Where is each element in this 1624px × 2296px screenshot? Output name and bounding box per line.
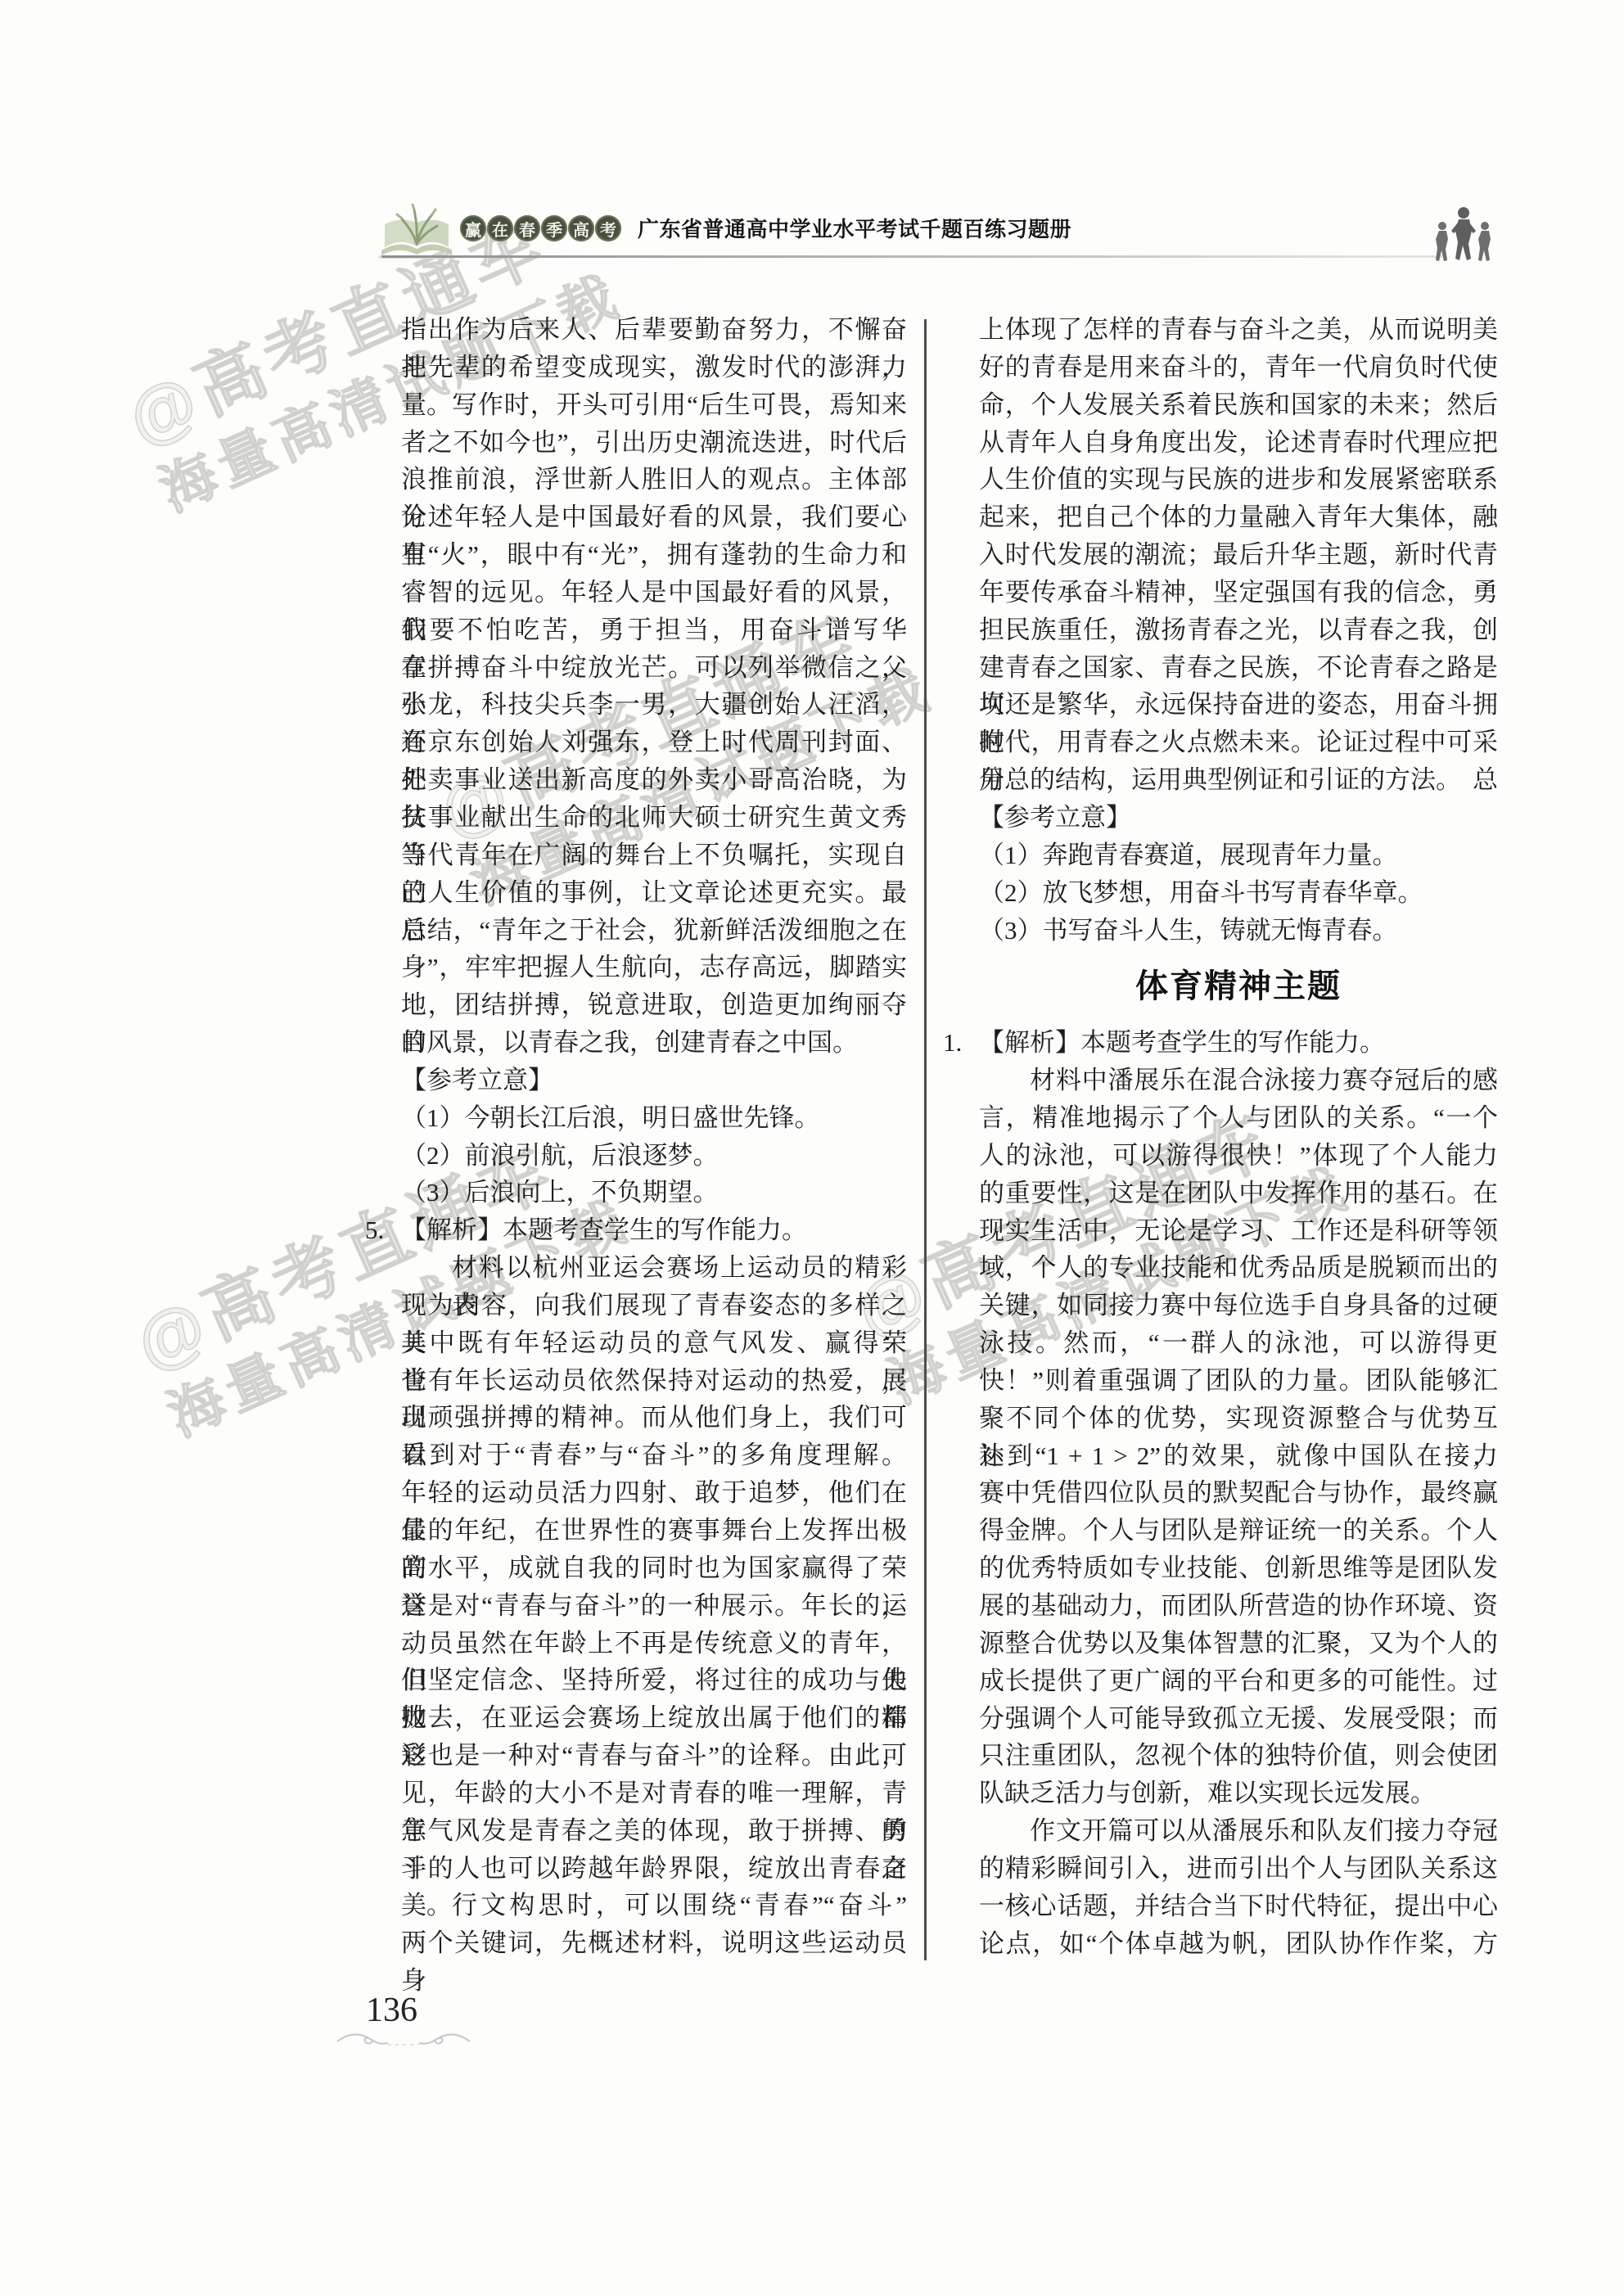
text-line: 佳的年纪，在世界性的赛事舞台上发挥出极高 (401, 1512, 907, 1549)
text-line: 展的基础动力，而团队所营造的协作环境、资 (979, 1587, 1498, 1625)
text-line: 小龙，科技尖兵李一男，大疆创始人汪滔，还 (401, 686, 907, 724)
text-line: 者之不如今也”，引出历史潮流迭进，时代后 (401, 424, 907, 462)
text-line: （1）奔跑青春赛道，展现青年力量。 (979, 837, 1498, 874)
text-line: 见，年龄的大小不是对青春的唯一理解，青年的 (401, 1775, 907, 1812)
text-line: 快！”则着重强调了团队的力量。团队能够汇 (979, 1362, 1498, 1400)
text-line: 上体现了怎样的青春与奋斗之美，从而说明美 (979, 311, 1498, 349)
text-line: 聚不同个体的优势，实现资源整合与优势互补， (979, 1400, 1498, 1437)
text-line: 总结，“青年之于社会，犹新鲜活泼细胞之在 (401, 912, 907, 950)
brand-badge-char: 季 (541, 215, 567, 241)
text-line: 有京东创始人刘强东，登上时代周刊封面、把 (401, 724, 907, 761)
text-line: 【参考立意】 (401, 1062, 907, 1099)
text-line: 动员虽然在年龄上不再是传统意义的青年，但他 (401, 1625, 907, 1662)
left-column: 指出作为后来人、后辈要勤奋努力，不懈奋斗，把先辈的希望变成现实，激发时代的澎湃力… (401, 311, 907, 1962)
text-line: 建青春之国家、青春之民族，不论青春之路是坎 (979, 649, 1498, 687)
text-line: （2）放飞梦想，用奋斗书写青春华章。 (979, 874, 1498, 912)
text-line: 写作时，开头可引用“后生可畏，焉知来 (401, 386, 907, 424)
text-line: 这是对“青春与奋斗”的一种展示。年长的运 (401, 1587, 907, 1625)
text-line: 斗的人也可以跨越年龄界限，绽放出青春之美。 (401, 1850, 907, 1888)
text-line: 关键，如同接力赛中每位选手自身具备的过硬 (979, 1287, 1498, 1324)
text-line: 【参考立意】 (979, 799, 1498, 837)
text-line: 地，团结拼搏，锐意进取，创造更加绚丽夺目 (401, 986, 907, 1024)
text-line: 材料中潘展乐在混合泳接力赛夺冠后的感 (979, 1062, 1498, 1099)
text-line: 赛中凭借四位队员的默契配合与协作，最终赢 (979, 1474, 1498, 1512)
brand-badge-char: 考 (595, 215, 621, 241)
text-line: 睿智的远见。年轻人是中国最好看的风景，我 (401, 574, 907, 611)
brand-badge: 赢 在 春 季 高 考 (460, 215, 621, 243)
text-line: 现实生活中，无论是学习、工作还是科研等领 (979, 1212, 1498, 1250)
text-line: 人的泳池，可以游得很快！”体现了个人能力 (979, 1137, 1498, 1175)
text-line: 时代，用青春之火点燃未来。论证过程中可采用总 (979, 724, 1498, 761)
text-line: 的优秀特质如专业技能、创新思维等是团队发 (979, 1549, 1498, 1587)
text-line: 论点，如“个体卓越为帆，团队协作作桨，方 (979, 1925, 1498, 1963)
text-line: 其中既有年轻运动员的意气风发、赢得荣誉， (401, 1324, 907, 1362)
list-number: 5. (365, 1211, 398, 1249)
brand-badge-char: 高 (568, 215, 594, 241)
text-line: 作文开篇可以从潘展乐和队友们接力夺冠 (979, 1812, 1498, 1850)
text-line: 分总的结构，运用典型例证和引证的方法。 (979, 761, 1498, 799)
text-line: （3）后浪向上，不负期望。 (401, 1174, 907, 1211)
text-line: 队缺乏活力与创新，难以实现长远发展。 (979, 1775, 1498, 1812)
text-line: 两个关键词，先概述材料，说明这些运动员身 (401, 1924, 907, 1962)
page-number: 136 (366, 1991, 417, 2030)
text-line: （3）书写奋斗人生，铸就无悔青春。 (979, 912, 1498, 950)
running-people-icon (1432, 205, 1496, 265)
text-line: 从青年人自身角度出发，论述青春时代理应把 (979, 424, 1498, 462)
text-line: 现为内容，向我们展现了青春姿态的多样之美： (401, 1287, 907, 1324)
text-line: 得金牌。个人与团队是辩证统一的关系。个人 (979, 1512, 1498, 1549)
text-line: 抛去，在亚运会赛场上绽放出属于他们的精彩， (401, 1699, 907, 1737)
text-line: 年要传承奋斗精神，坚定强国有我的信念，勇 (979, 574, 1498, 611)
text-line: 身”，牢牢把握人生航向，志存高远，脚踏实 (401, 949, 907, 986)
text-line: 5.【解析】本题考查学生的写作能力。 (401, 1211, 907, 1249)
text-line: 出顽强拼搏的精神。而从他们身上，我们可以 (401, 1399, 907, 1437)
text-line: 一核心话题，并结合当下时代特征，提出中心 (979, 1888, 1498, 1925)
text-line: 分强调个人可能导致孤立无援、发展受限；而 (979, 1700, 1498, 1738)
header-title: 广东省普通高中学业水平考试千题百练习题册 (638, 214, 1071, 245)
text-line: 的水平，成就自我的同时也为国家赢得了荣誉， (401, 1549, 907, 1587)
text-line: 域，个人的专业技能和优秀品质是脱颖而出的 (979, 1249, 1498, 1287)
brand-badge-char: 赢 (460, 215, 486, 241)
right-column: 上体现了怎样的青春与奋斗之美，从而说明美好的青春是用来奋斗的，青年一代肩负时代使… (979, 311, 1498, 1962)
text-line: 浪推前浪，浮世新人胜旧人的观点。主体部分 (401, 461, 907, 498)
text-line: 言，精准地揭示了个人与团队的关系。“一个 (979, 1099, 1498, 1137)
text-line: 坷还是繁华，永远保持奋进的姿态，用奋斗拥抱 (979, 686, 1498, 724)
text-line: （1）今朝长江后浪，明日盛世先锋。 (401, 1099, 907, 1137)
footer-flourish (334, 2028, 473, 2053)
text-line: 入时代发展的潮流；最后升华主题，新时代青 (979, 536, 1498, 574)
brand-badge-char: 春 (514, 215, 540, 241)
text-line: 担民族重任，激扬青春之光，以青春之我，创 (979, 611, 1498, 649)
text-line: 当代青年在广阔的舞台上不负嘱托，实现自己 (401, 837, 907, 874)
text-line: 外卖事业送出新高度的外卖小哥高治晓，为扶 (401, 761, 907, 799)
text-line: 意气风发是青春之美的体现，敢于拼搏、勇于奋 (401, 1812, 907, 1850)
text-line: 人生价值的实现与民族的进步和发展紧密联系 (979, 461, 1498, 498)
text-line: 1.【解析】本题考查学生的写作能力。 (979, 1024, 1498, 1062)
text-line: 论述年轻人是中国最好看的风景，我们要心里 (401, 498, 907, 536)
text-line: 行文构思时，可以围绕“青春”“奋斗” (401, 1887, 907, 1924)
text-line: 的人生价值的事例，让文章论述更充实。最后 (401, 874, 907, 912)
list-number: 1. (943, 1024, 976, 1062)
text-line: 命，个人发展关系着民族和国家的未来；然后 (979, 386, 1498, 424)
text-line: 有“火”，眼中有“光”，拥有蓬勃的生命力和 (401, 536, 907, 574)
text-line: 泳技。然而，“一群人的泳池，可以游得更 (979, 1324, 1498, 1362)
text-line: 也有年长运动员依然保持对运动的热爱，展现 (401, 1362, 907, 1400)
text-line: 的重要性，这是在团队中发挥作用的基石。在 (979, 1175, 1498, 1212)
scanned-workbook-page: @高考直通车 海量高清试题下载 @高考直通车 海量高清试题下载 @高考直通车 海… (0, 0, 1624, 2296)
text-line: 好的青春是用来奋斗的，青年一代肩负时代使 (979, 349, 1498, 386)
text-line: 看到对于“青春”与“奋斗”的多角度理解。 (401, 1437, 907, 1474)
text-line: 贫事业献出生命的北师大硕士研究生黄文秀等 (401, 799, 907, 837)
text-line: 在拼搏奋斗中绽放光芒。可以列举微信之父张 (401, 649, 907, 687)
text-line: （2）前浪引航，后浪逐梦。 (401, 1137, 907, 1175)
text-line: 起来，把自己个体的力量融入青年大集体，融 (979, 498, 1498, 536)
text-line: 的风景，以青春之我，创建青春之中国。 (401, 1024, 907, 1062)
text-line: 材料以杭州亚运会赛场上运动员的精彩表 (401, 1249, 907, 1287)
text-line: 们坚定信念、坚持所爱，将过往的成功与失败都 (401, 1662, 907, 1699)
text-line: 年轻的运动员活力四射、敢于追梦，他们在最 (401, 1474, 907, 1512)
text-line: 的精彩瞬间引入，进而引出个人与团队关系这 (979, 1850, 1498, 1888)
text-line: 把先辈的希望变成现实，激发时代的澎湃力量。 (401, 349, 907, 386)
text-line: 成长提供了更广阔的平台和更多的可能性。过 (979, 1662, 1498, 1700)
text-line: 这也是一种对“青春与奋斗”的诠释。由此可 (401, 1737, 907, 1775)
column-divider (924, 319, 927, 1960)
brand-badge-char: 在 (487, 215, 513, 241)
section-heading: 体育精神主题 (979, 965, 1498, 1008)
header-rule (381, 255, 1442, 258)
text-line: 们要不怕吃苦，勇于担当，用奋斗谱写华章， (401, 611, 907, 649)
text-line: 指出作为后来人、后辈要勤奋努力，不懈奋斗， (401, 311, 907, 349)
text-line: 达到“1 + 1 > 2”的效果，就像中国队在接力 (979, 1437, 1498, 1475)
text-line: 只注重团队，忽视个体的独特价值，则会使团 (979, 1737, 1498, 1775)
text-line: 源整合优势以及集体智慧的汇聚，又为个人的 (979, 1625, 1498, 1662)
